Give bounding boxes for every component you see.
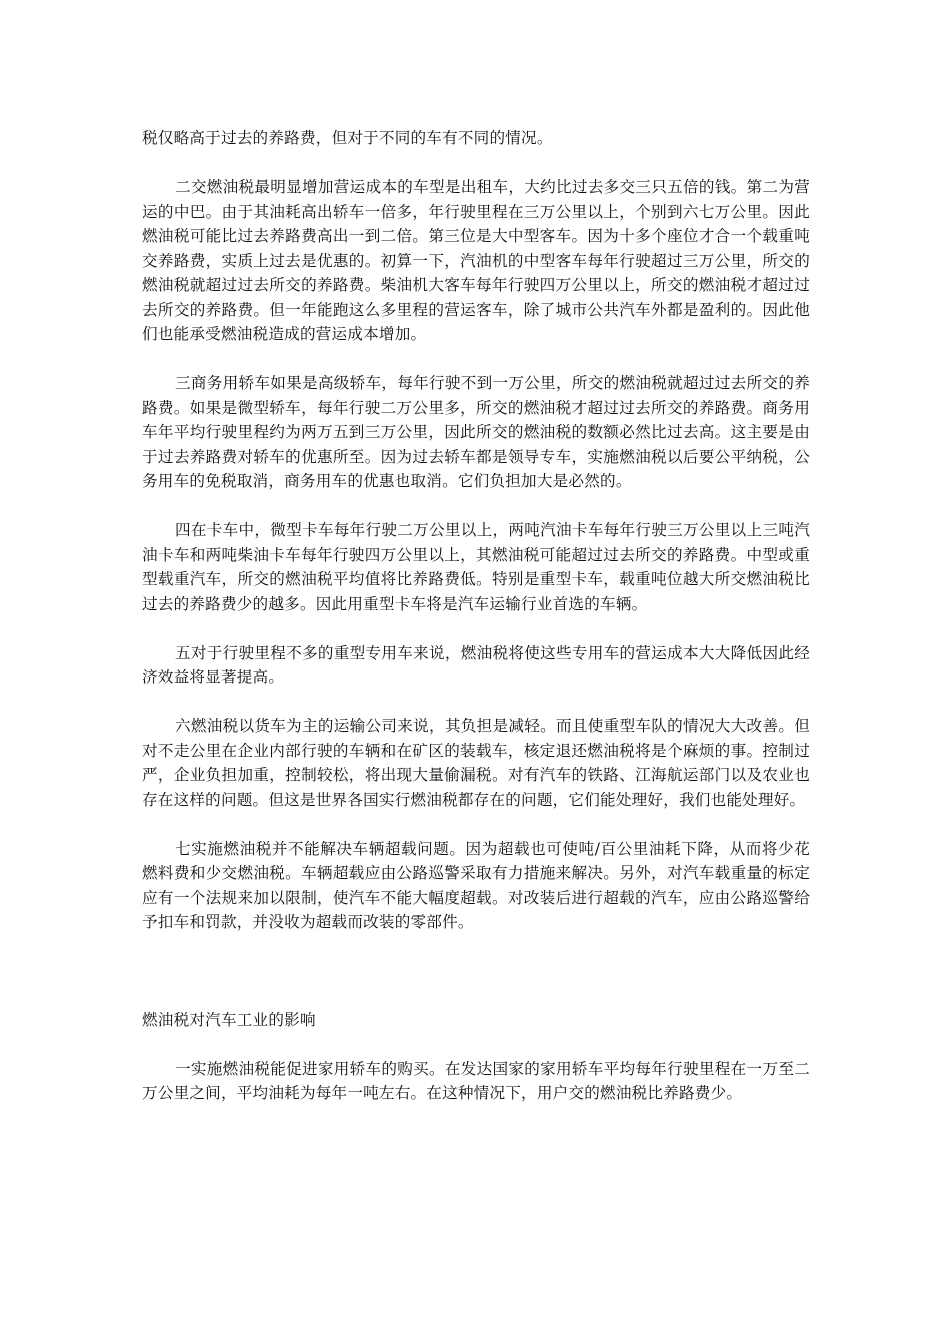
paragraph-spacer bbox=[142, 494, 810, 519]
paragraph-4-trucks: 四在卡车中，微型卡车每年行驶二万公里以上，两吨汽油卡车每年行驶三万公里以上三吨汽… bbox=[142, 518, 810, 616]
paragraph-spacer bbox=[142, 616, 810, 641]
paragraph-spacer bbox=[142, 690, 810, 715]
paragraph-spacer bbox=[142, 812, 810, 837]
paragraph-5-special-vehicles: 五对于行驶里程不多的重型专用车来说，燃油税将使这些专用车的营运成本大大降低因此经… bbox=[142, 641, 810, 690]
section-heading: 燃油税对汽车工业的影响 bbox=[142, 1008, 810, 1033]
paragraph-1-family-cars: 一实施燃油税能促进家用轿车的购买。在发达国家的家用轿车平均每年行驶里程在一万至二… bbox=[142, 1057, 810, 1106]
paragraph-spacer bbox=[142, 347, 810, 372]
paragraph-7-overloading: 七实施燃油税并不能解决车辆超载问题。因为超载也可使吨/百公里油耗下降，从而将少花… bbox=[142, 837, 810, 935]
paragraph-continuation: 税仅略高于过去的养路费，但对于不同的车有不同的情况。 bbox=[142, 126, 810, 151]
paragraph-3-business-cars: 三商务用轿车如果是高级轿车，每年行驶不到一万公里，所交的燃油税就超过过去所交的养… bbox=[142, 371, 810, 494]
paragraph-6-freight-companies: 六燃油税以货车为主的运输公司来说，其负担是减轻。而且使重型车队的情况大大改善。但… bbox=[142, 714, 810, 812]
paragraph-2-passenger-vehicles: 二交燃油税最明显增加营运成本的车型是出租车，大约比过去多交三只五倍的钱。第二为营… bbox=[142, 175, 810, 347]
paragraph-spacer bbox=[142, 1032, 810, 1057]
section-spacer bbox=[142, 935, 810, 1008]
paragraph-spacer bbox=[142, 151, 810, 176]
document-page: 税仅略高于过去的养路费，但对于不同的车有不同的情况。 二交燃油税最明显增加营运成… bbox=[142, 126, 810, 1106]
